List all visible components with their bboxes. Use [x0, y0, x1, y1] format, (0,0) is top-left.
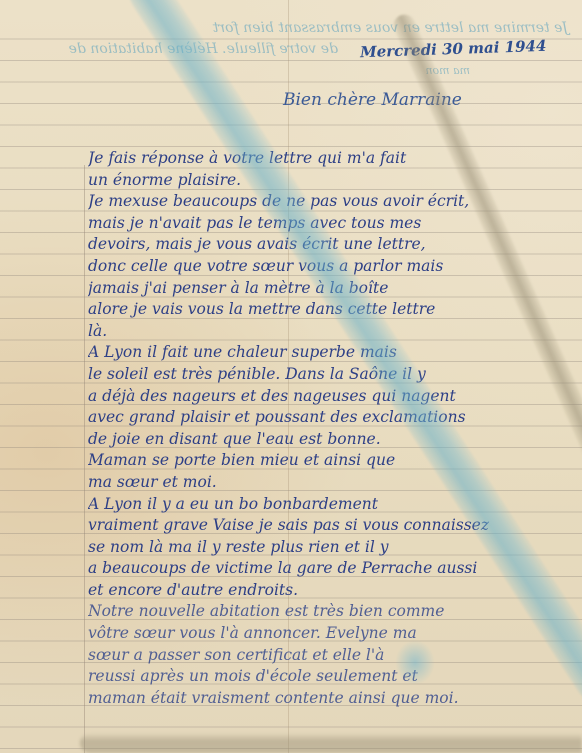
letter-line: A Lyon il fait une chaleur superbe mais	[88, 342, 582, 364]
bleed-through-text: ma mon	[330, 64, 470, 77]
letter-line: maman était vraisment contente ainsi que…	[88, 688, 582, 710]
letter-line: avec grand plaisir et poussant des excla…	[88, 407, 582, 429]
letter-line: Je mexuse beaucoups de ne pas vous avoir…	[88, 191, 582, 213]
margin-line	[84, 165, 85, 753]
letter-line: le soleil est très pénible. Dans la Saôn…	[88, 364, 582, 386]
letter-line: là.	[88, 321, 582, 343]
bleed-through-text: Je termine ma lettre en vous embrassant …	[8, 20, 568, 36]
letter-line: un énorme plaisire.	[88, 170, 582, 192]
letter-line: Je fais réponse à votre lettre qui m'a f…	[88, 148, 582, 170]
letter-line: a déjà des nageurs et des nageuses qui n…	[88, 386, 582, 408]
letter-line: Notre nouvelle abitation est très bien c…	[88, 601, 582, 623]
letter-line: sœur a passer son certificat et elle l'à	[88, 645, 582, 667]
letter-line: de joie en disant que l'eau est bonne.	[88, 429, 582, 451]
ink-blot	[395, 640, 435, 685]
letter-line: Maman se porte bien mieu et ainsi que	[88, 450, 582, 472]
bottom-paint-stroke	[80, 733, 582, 753]
letter-line: reussi après un mois d'école seulement e…	[88, 666, 582, 688]
letter-line: ma sœur et moi.	[88, 472, 582, 494]
letter-line: vôtre sœur vous l'à annoncer. Evelyne ma	[88, 623, 582, 645]
